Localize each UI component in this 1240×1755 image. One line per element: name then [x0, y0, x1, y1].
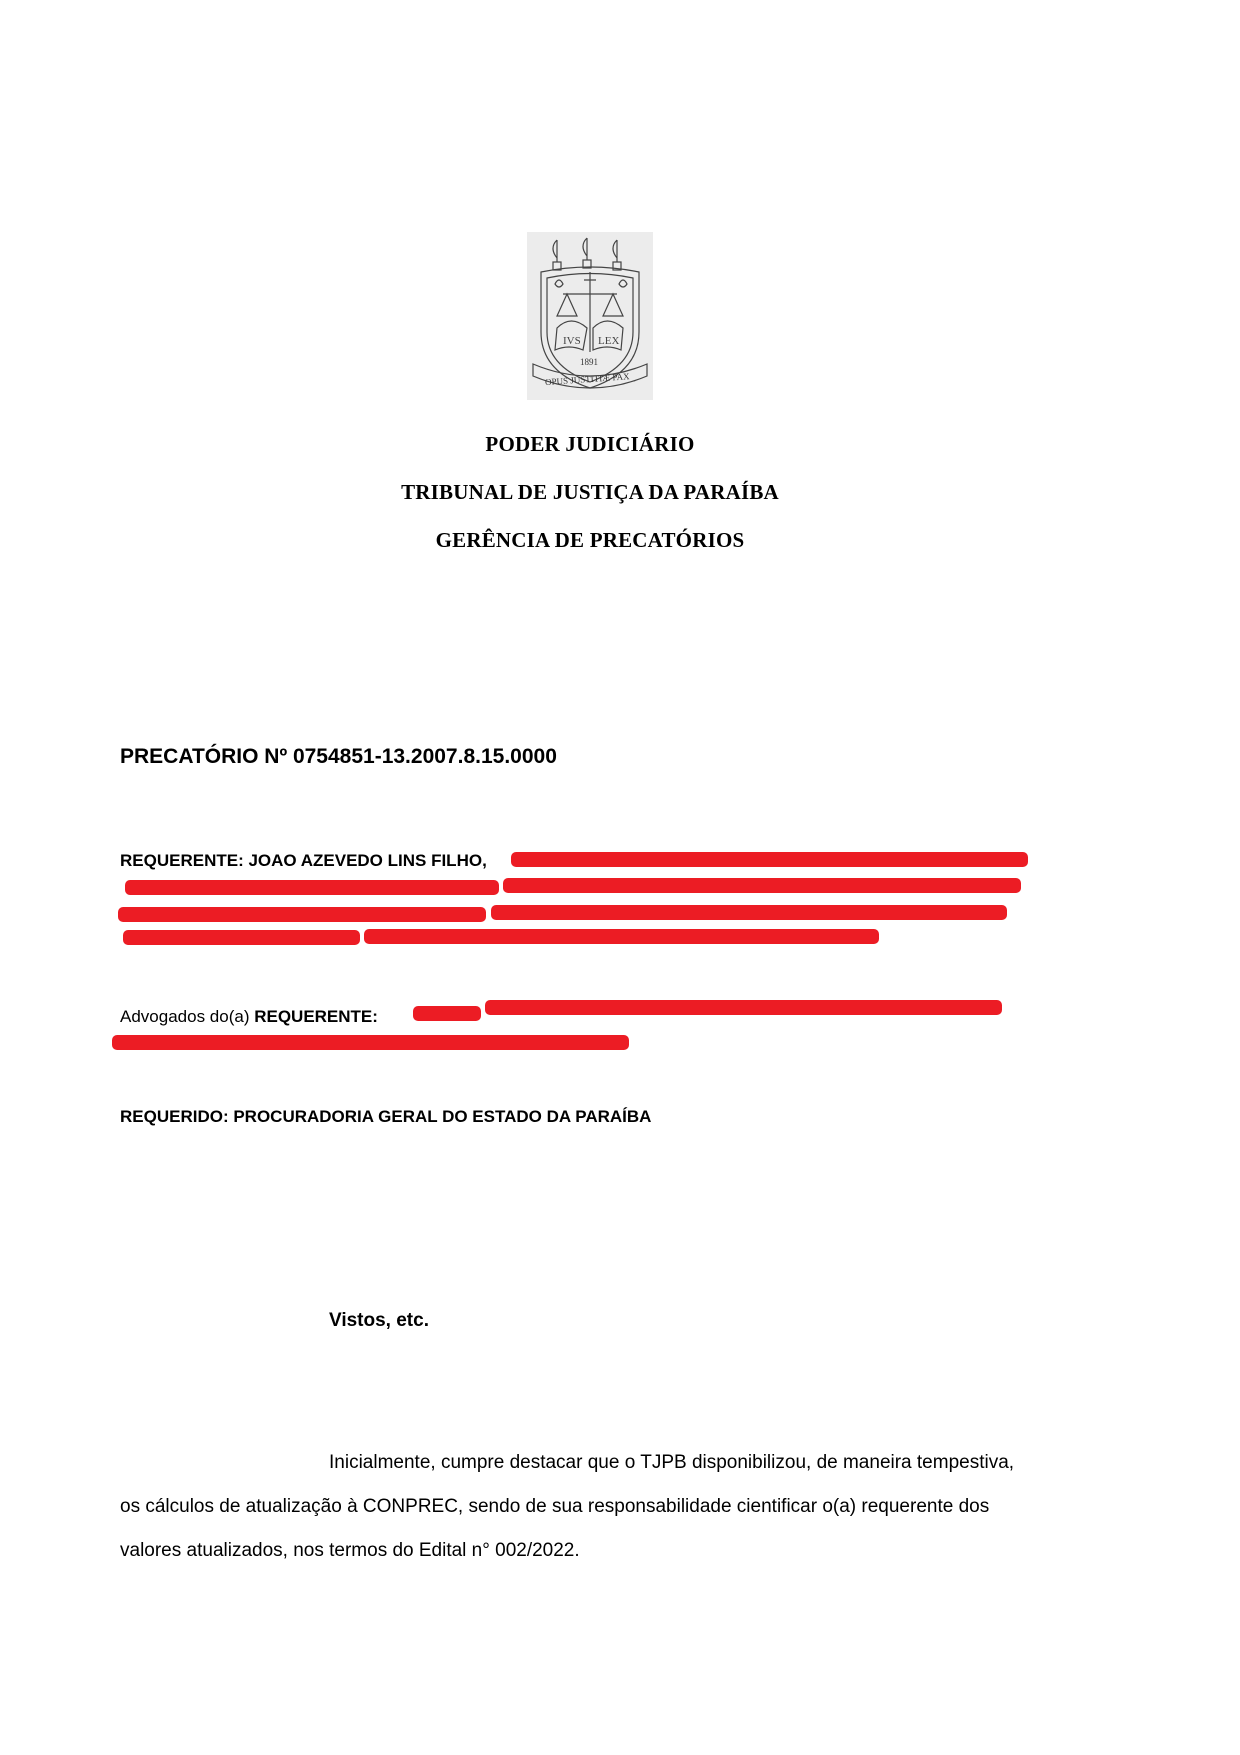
redaction-bar [503, 878, 1021, 893]
paragraph-line: os cálculos de atualização à CONPREC, se… [120, 1485, 1070, 1529]
redaction-bar [118, 907, 486, 922]
paragraph-line: valores atualizados, nos termos do Edita… [120, 1529, 1070, 1573]
body-paragraph: Inicialmente, cumpre destacar que o TJPB… [120, 1441, 1070, 1573]
advogados-label-role: REQUERENTE: [254, 1007, 378, 1026]
redaction-bar [511, 852, 1028, 867]
redaction-bar [485, 1000, 1002, 1015]
paragraph-line: Inicialmente, cumpre destacar que o TJPB… [120, 1441, 1070, 1485]
advogados-label-prefix: Advogados do(a) [120, 1007, 254, 1026]
case-number-title: PRECATÓRIO Nº 0754851-13.2007.8.15.0000 [120, 745, 557, 769]
header-line-judiciary: PODER JUDICIÁRIO [0, 432, 1180, 457]
redaction-bar [491, 905, 1007, 920]
requerente-label: REQUERENTE: JOAO AZEVEDO LINS FILHO, [120, 851, 487, 871]
header-line-court: TRIBUNAL DE JUSTIÇA DA PARAÍBA [0, 480, 1180, 505]
svg-text:1891: 1891 [580, 357, 598, 367]
requerido-label: REQUERIDO: PROCURADORIA GERAL DO ESTADO … [120, 1107, 651, 1127]
coat-of-arms-icon: IVS LEX 1891 OPUS JUSTITIÆ PAX [527, 232, 653, 400]
redaction-bar [125, 880, 499, 895]
court-seal: IVS LEX 1891 OPUS JUSTITIÆ PAX [527, 232, 653, 400]
redaction-bar [413, 1006, 481, 1021]
redaction-bar [112, 1035, 629, 1050]
redaction-bar [123, 930, 360, 945]
svg-text:IVS: IVS [563, 335, 581, 347]
header-line-department: GERÊNCIA DE PRECATÓRIOS [0, 528, 1180, 553]
redaction-bar [364, 929, 879, 944]
advogados-label: Advogados do(a) REQUERENTE: [120, 1007, 378, 1027]
svg-text:LEX: LEX [598, 335, 619, 347]
greeting: Vistos, etc. [329, 1310, 429, 1332]
